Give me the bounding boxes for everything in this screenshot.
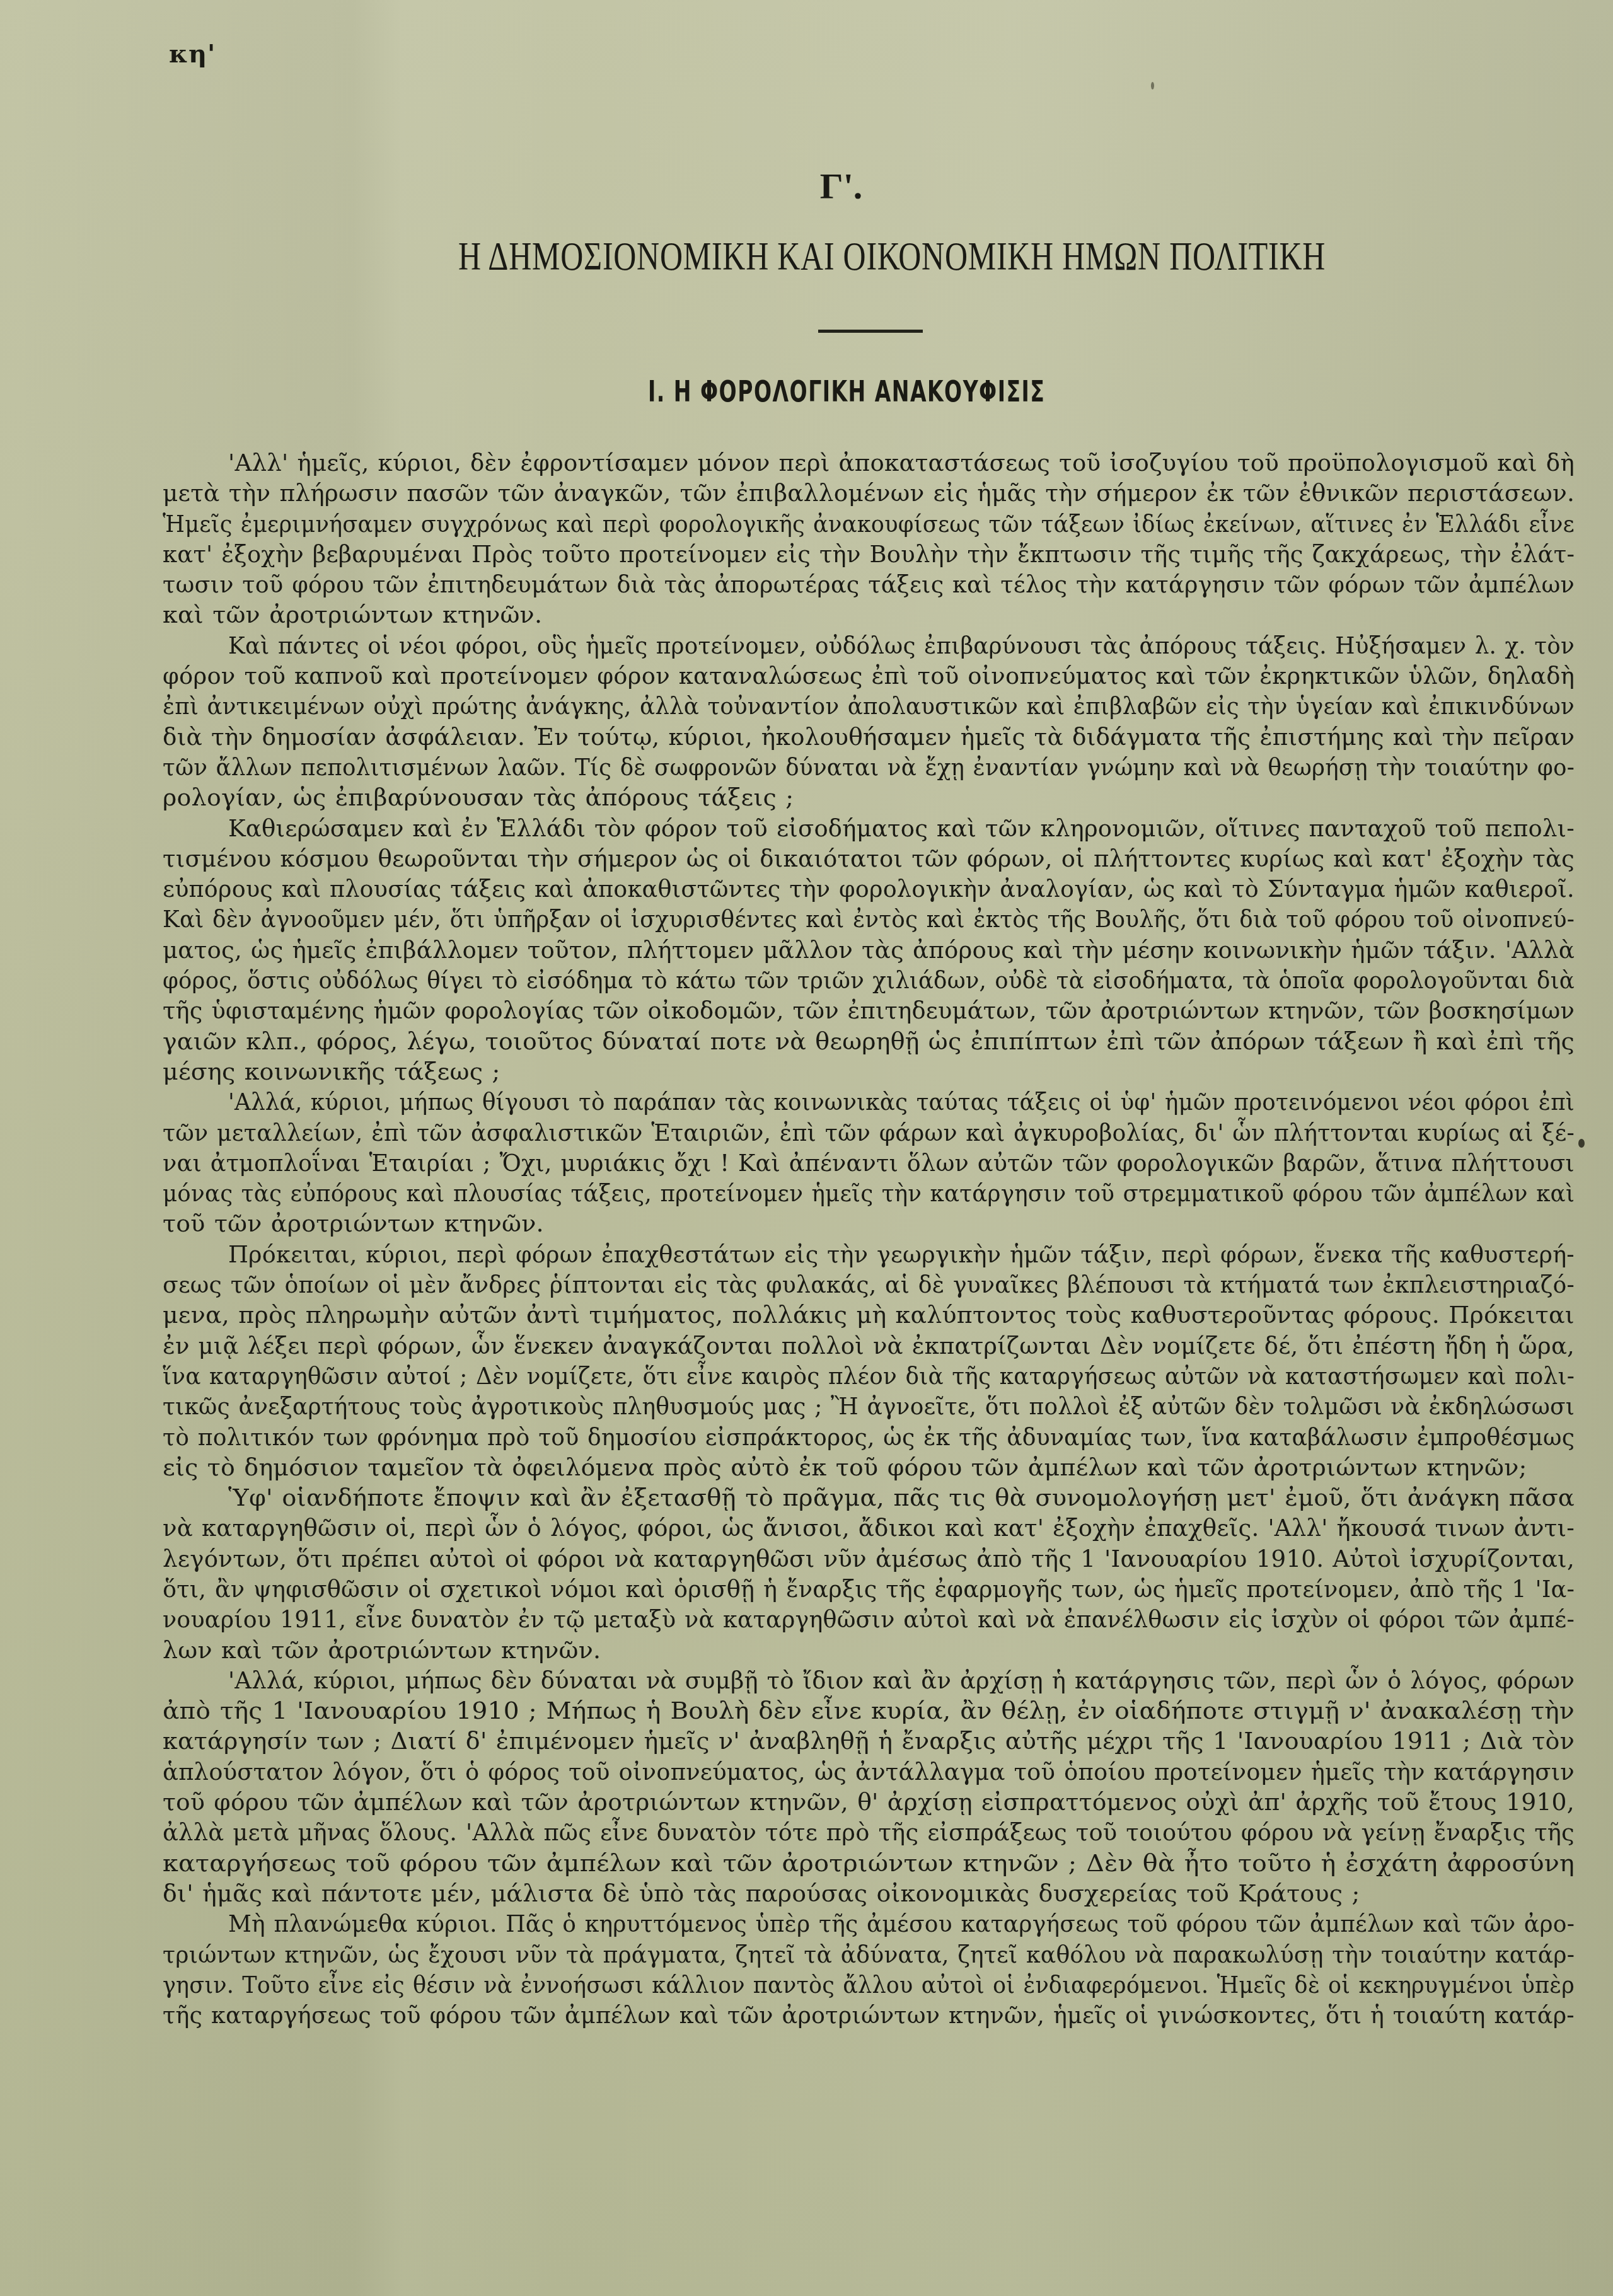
text-line: ἀπὸ τῆς 1 'Ιανουαρίου 1910 ; Μήπως ἡ Βου… [163,1695,1575,1726]
text-line: τῶν ἄλλων πεπολιτισμένων λαῶν. Τίς δὲ σω… [163,752,1575,782]
text-line: 'Αλλά, κύριοι, μήπως δὲν δύναται νὰ συμβ… [163,1665,1575,1695]
text-line: Ἡμεῖς ἐμεριμνήσαμεν συγχρόνως καὶ περὶ φ… [163,509,1575,539]
text-line: σεως τῶν ὁποίων οἱ μὲν ἄνδρες ῥίπτονται … [163,1269,1575,1300]
text-line: 'Αλλά, κύριοι, μήπως θίγουσι τὸ παράπαν … [163,1087,1575,1117]
text-line: τῆς καταργήσεως τοῦ φόρου τῶν ἀμπέλων κα… [163,2000,1575,2030]
text-line: νουαρίου 1911, εἶνε δυνατὸν ἐν τῷ μεταξὺ… [163,1604,1575,1634]
text-line: τωσιν τοῦ φόρου τῶν ἐπιτηδευμάτων διὰ τὰ… [163,569,1575,599]
text-line: Ὑφ' οἱανδήποτε ἔποψιν καὶ ἂν ἐξετασθῇ τὸ… [163,1482,1575,1513]
ink-spot [1151,82,1154,89]
text-line: φόρον τοῦ καπνοῦ καὶ προτείνομεν φόρον κ… [163,661,1575,691]
text-line: τικῶς ἀνεξαρτήτους τοὺς ἀγροτικοὺς πληθυ… [163,1391,1575,1421]
title-divider [818,330,923,333]
text-line: Καὶ πάντες οἱ νέοι φόροι, οὓς ἡμεῖς προτ… [163,630,1575,661]
text-line: γησιν. Τοῦτο εἶνε εἰς θέσιν νὰ ἐννοήσωσι… [163,1970,1575,2000]
section-letter: Γ'. [0,165,1613,207]
document-page: κη' Γ'. Η ΔΗΜΟΣΙΟΝΟΜΙΚΗ ΚΑΙ ΟΙΚΟΝΟΜΙΚΗ Η… [0,0,1613,2296]
text-line: ἵνα καταργηθῶσιν αὐτοί ; Δὲν νομίζετε, ὅ… [163,1361,1575,1391]
paragraph: Μὴ πλανώμεθα κύριοι. Πᾶς ὁ κηρυττόμενος … [163,1908,1575,2030]
text-line: τῆς ὑφισταμένης ἡμῶν φορολογίας τῶν οἰκο… [163,995,1575,1025]
text-line: γαιῶν κλπ., φόρος, λέγω, τοιοῦτος δύνατα… [163,1026,1575,1056]
paragraph: 'Αλλ' ἡμεῖς, κύριοι, δὲν ἐφροντίσαμεν μό… [163,447,1575,630]
body-text: 'Αλλ' ἡμεῖς, κύριοι, δὲν ἐφροντίσαμεν μό… [163,447,1575,2030]
paragraph: Ὑφ' οἱανδήποτε ἔποψιν καὶ ἂν ἐξετασθῇ τὸ… [163,1482,1575,1665]
text-line: ναι ἀτμοπλοΐναι Ἑταιρίαι ; Ὄχι, μυριάκις… [163,1148,1575,1178]
text-line: ἁπλούστατον λόγον, ὅτι ὁ φόρος τοῦ οἰνοπ… [163,1757,1575,1787]
paragraph: 'Αλλά, κύριοι, μήπως θίγουσι τὸ παράπαν … [163,1087,1575,1238]
text-line: φόρος, ὅστις οὐδόλως θίγει τὸ εἰσόδημα τ… [163,965,1575,995]
text-line: τριώντων κτηνῶν, ὡς ἔχουσι νῦν τὰ πράγμα… [163,1939,1575,1970]
text-line: μετὰ τὴν πλήρωσιν πασῶν τῶν ἀναγκῶν, τῶν… [163,478,1575,508]
text-line: 'Αλλ' ἡμεῖς, κύριοι, δὲν ἐφροντίσαμεν μό… [163,447,1575,478]
text-line: τῶν μεταλλείων, ἐπὶ τῶν ἀσφαλιστικῶν Ἑτα… [163,1117,1575,1148]
text-line: καὶ τῶν ἀροτριώντων κτηνῶν. [163,599,1575,630]
text-line: μενα, πρὸς πληρωμὴν αὐτῶν ἀντὶ τιμήματος… [163,1300,1575,1330]
text-line: καταργήσεως τοῦ φόρου τῶν ἀμπέλων καὶ τῶ… [163,1848,1575,1878]
paragraph: Πρόκειται, κύριοι, περὶ φόρων ἐπαχθεστάτ… [163,1239,1575,1482]
text-line: εἰς τὸ δημόσιον ταμεῖον τὰ ὀφειλόμενα πρ… [163,1452,1575,1482]
text-line: δι' ἡμᾶς καὶ πάντοτε μέν, μάλιστα δὲ ὑπὸ… [163,1878,1575,1908]
text-line: ἀλλὰ μετὰ μῆνας ὅλους. 'Αλλὰ πῶς εἶνε δυ… [163,1817,1575,1847]
text-line: λων καὶ τῶν ἀροτριώντων κτηνῶν. [163,1635,1575,1665]
text-line: Πρόκειται, κύριοι, περὶ φόρων ἐπαχθεστάτ… [163,1239,1575,1269]
text-line: λεγόντων, ὅτι πρέπει αὐτοὶ οἱ φόροι νὰ κ… [163,1543,1575,1574]
text-line: εὐπόρους καὶ πλουσίας τάξεις καὶ ἀποκαθι… [163,874,1575,904]
paragraph: 'Αλλά, κύριοι, μήπως δὲν δύναται νὰ συμβ… [163,1665,1575,1908]
paragraph: Καὶ πάντες οἱ νέοι φόροι, οὓς ἡμεῖς προτ… [163,630,1575,813]
text-line: ρολογίαν, ὡς ἐπιβαρύνουσαν τὰς ἀπόρους τ… [163,782,1575,812]
text-line: διὰ τὴν δημοσίαν ἀσφάλειαν. Ἐν τούτῳ, κύ… [163,722,1575,752]
page-number: κη' [169,39,216,69]
paragraph: Καθιερώσαμεν καὶ ἐν Ἑλλάδι τὸν φόρον τοῦ… [163,813,1575,1087]
text-line: Μὴ πλανώμεθα κύριοι. Πᾶς ὁ κηρυττόμενος … [163,1908,1575,1939]
text-line: τὸ πολιτικόν των φρόνημα πρὸ τοῦ δημοσίο… [163,1422,1575,1452]
page-title: Η ΔΗΜΟΣΙΟΝΟΜΙΚΗ ΚΑΙ ΟΙΚΟΝΟΜΙΚΗ ΗΜΩΝ ΠΟΛΙ… [458,233,1294,280]
text-line: ἐπὶ ἀντικειμένων οὐχὶ πρώτης ἀνάγκης, ἀλ… [163,691,1575,721]
text-line: τοῦ τῶν ἀροτριώντων κτηνῶν. [163,1208,1575,1238]
text-line: ματος, ὡς ἡμεῖς ἐπιβάλλομεν τοῦτον, πλήτ… [163,935,1575,965]
text-line: μόνας τὰς εὐπόρους καὶ πλουσίας τάξεις, … [163,1178,1575,1208]
text-line: ἐν μιᾷ λέξει περὶ φόρων, ὧν ἕνεκεν ἀναγκ… [163,1330,1575,1361]
text-line: νὰ καταργηθῶσιν οἱ, περὶ ὧν ὁ λόγος, φόρ… [163,1513,1575,1543]
text-line: τοῦ φόρου τῶν ἀμπέλων καὶ τῶν ἀροτριώντω… [163,1787,1575,1817]
text-line: κατάργησίν των ; Διατί δ' ἐπιμένομεν ἡμε… [163,1726,1575,1756]
text-line: ὅτι, ἂν ψηφισθῶσιν οἱ σχετικοὶ νόμοι καὶ… [163,1574,1575,1604]
text-line: Καθιερώσαμεν καὶ ἐν Ἑλλάδι τὸν φόρον τοῦ… [163,813,1575,843]
ink-spot [1578,1139,1585,1148]
text-line: κατ' ἐξοχὴν βεβαρυμέναι Πρὸς τοῦτο προτε… [163,539,1575,569]
text-line: Καὶ δὲν ἀγνοοῦμεν μέν, ὅτι ὑπῆρξαν οἱ ἰσ… [163,904,1575,934]
section-heading: Ι. Η ΦΟΡΟΛΟΓΙΚΗ ΑΝΑΚΟΥΦΙΣΙΣ [236,374,1397,408]
text-line: μέσης κοινωνικῆς τάξεως ; [163,1056,1575,1087]
text-line: τισμένου κόσμου θεωροῦνται τὴν σήμερον ὡ… [163,843,1575,874]
